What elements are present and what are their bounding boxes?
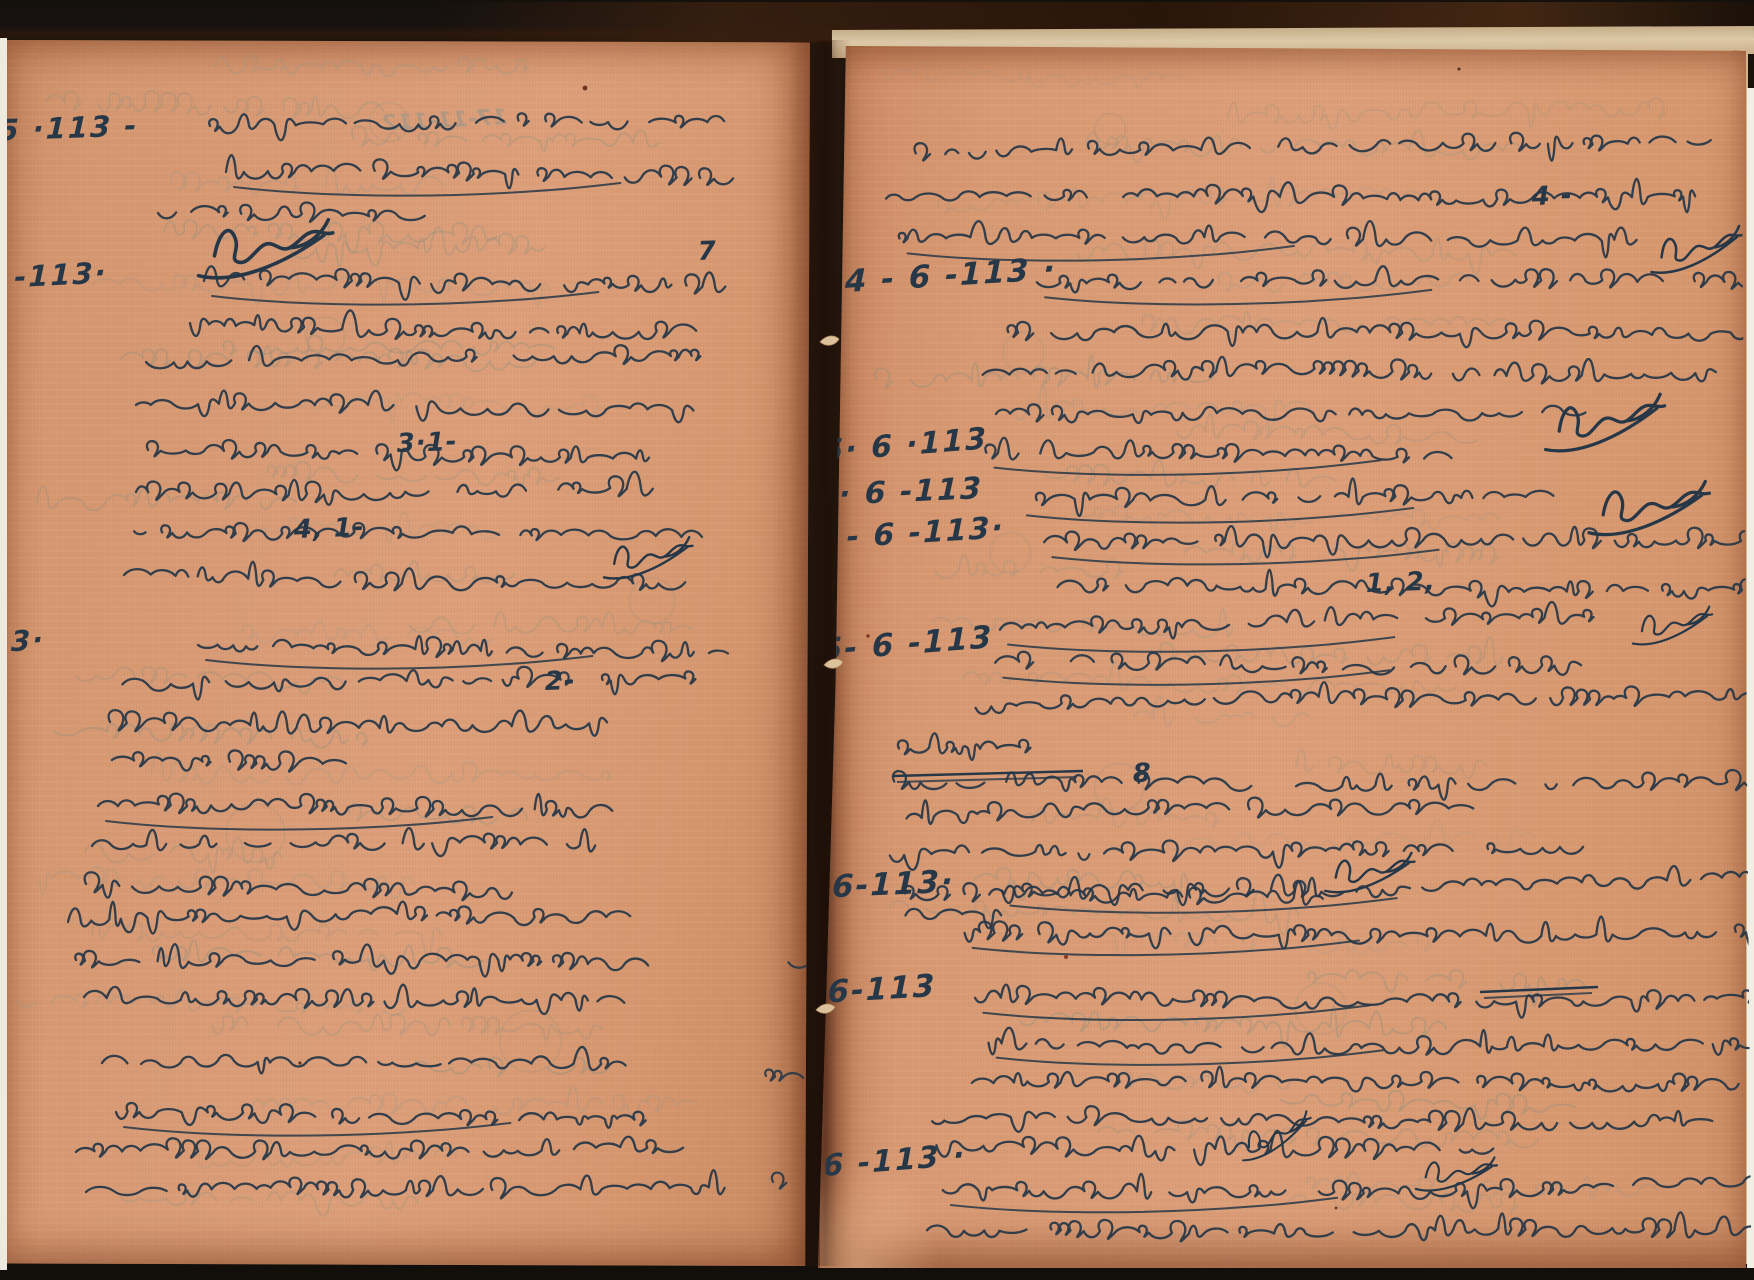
handwriting-line [985,434,1451,466]
paper-speck [1335,1207,1338,1210]
underline-flourish [1010,898,1396,914]
diary-entry: 113 [0,1033,626,1074]
entry-date: 5· 6 ·113 [822,421,988,469]
handwriting-line [1000,601,1614,640]
strikethrough-correction [1480,987,1598,998]
underline-flourish [951,1198,1337,1214]
handwriting-line [75,944,648,976]
handwriting-line [1037,263,1754,297]
handwriting-line [98,794,612,818]
margin-mark [788,962,810,967]
diary-entry: -113· [0,623,728,772]
inline-number-fragment: 4, 1- [292,513,365,545]
margin-mark [772,1173,805,1189]
binding-thread [820,336,839,345]
inline-number-fragment: 3·1- [396,427,458,459]
handwriting-line [927,1211,1754,1244]
signature-flourish [1646,226,1747,276]
scanned-notebook-photo: 17-11-1125 ·113 -5 -113·-113·113113113·4… [0,0,1754,1280]
diary-entry: 5· 6 ·113 [822,417,1451,478]
entry-date: 8 - 6 -113· [811,510,1005,557]
handwriting-line [988,1021,1754,1061]
entry-date: 26 - 6 -113 · [738,1138,967,1191]
inline-number-fragment: 7 [697,236,717,267]
entry-date: 113 [0,792,8,827]
entry-date: 25-6-113 [765,968,936,1014]
handwriting-line [226,155,733,188]
inline-number-fragment: 2- [544,666,576,697]
handwriting-line [936,1129,1493,1167]
handwriting-line [886,178,1695,219]
handwriting-line [914,131,1710,166]
handwriting-line [898,732,1031,760]
binding-thread [816,1004,835,1013]
entry-date: -113· [0,623,45,662]
margin-mark [765,1070,824,1081]
entry-date: 4 - 6 -113 · [844,251,1057,300]
handwriting-line [943,1168,1754,1212]
underline-flourish [124,1123,510,1136]
handwriting-line [68,902,630,934]
signature-flourish [600,537,695,581]
handwriting-line [932,1101,1712,1136]
handwriting-line [136,472,653,505]
entry-date: 113· [0,1084,1,1120]
handwriting-line [975,978,1754,1022]
inline-number-fragment: 1, 2, [1365,567,1436,599]
handwriting-line [893,763,1754,804]
underline-flourish [1045,290,1431,306]
paper-speck [1458,68,1461,71]
handwriting-line [86,1170,725,1198]
inline-number-fragment: 8 [1132,758,1152,789]
handwriting-line [964,915,1754,955]
handwriting-line [972,1062,1739,1097]
entry-date: 5 -113· [0,255,108,296]
handwriting-line [190,310,696,339]
diary-entry: 22-6-113· [769,857,1754,959]
handwriting-line [92,828,595,856]
signature-flourish [1629,606,1715,646]
ghost-date-fragment: 17-11-112 [382,105,509,137]
handwriting-layer: 17-11-1125 ·113 -5 -113·-113·113113113·4… [0,0,1754,1280]
handwriting-line [124,562,685,591]
inline-number-fragment: 4 - [1530,181,1573,212]
entry-date: 5 ·113 - [0,108,139,147]
diary-entry: 25-6-113 [765,961,1754,1138]
handwriting-line [112,750,346,771]
underline-flourish [994,460,1380,476]
handwriting-line [1036,477,1554,517]
underline-flourish [1008,637,1394,653]
paper-speck [298,1061,301,1064]
entry-date: 6· 6 -113 [816,471,984,513]
signature-flourish [1540,394,1669,454]
paper-speck [1064,955,1068,959]
handwriting-line [136,391,693,423]
ghost-bleedthrough-right [875,62,1667,1213]
handwriting-line [146,345,700,368]
handwriting-line [906,796,1473,825]
handwriting-line [198,636,728,661]
handwriting-line [158,203,425,222]
underline-flourish [234,183,620,196]
ghost-bleedthrough-left [18,56,699,1216]
paper-speck [866,634,869,637]
paper-speck [583,86,588,91]
underline-flourish [206,656,592,669]
diary-entry: 113 [0,792,648,1014]
handwriting-line [1007,314,1754,351]
diary-entry: 113· [0,1084,725,1198]
ink-left: 5 ·113 -5 -113·-113·113113113· [0,108,824,1198]
handwriting-line [102,1047,626,1074]
